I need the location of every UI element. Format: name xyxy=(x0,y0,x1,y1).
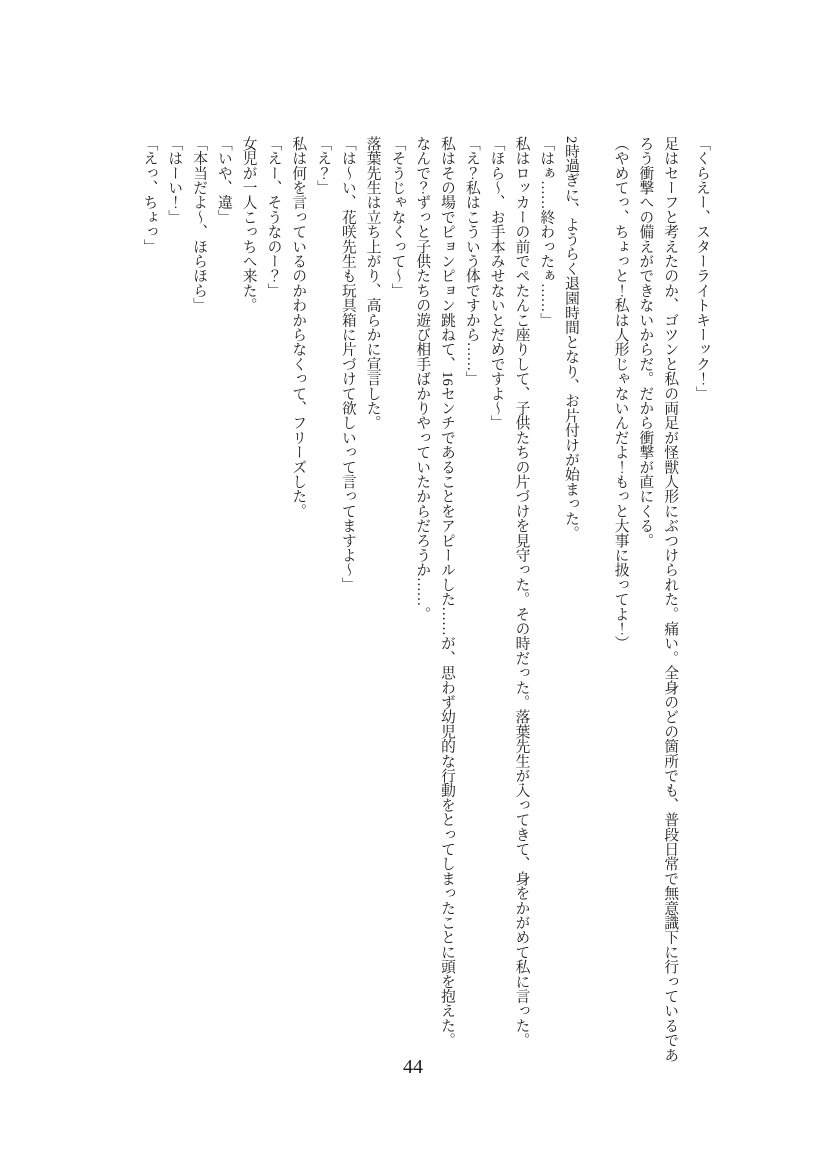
dialogue-line: 「は〜い、花咲先生も玩具箱に片づけて欲しいって言ってますよ〜」 xyxy=(335,136,360,1066)
dialogue-line: 「そうじゃなくって〜」 xyxy=(385,136,410,1066)
dialogue-line: 「ほら〜、お手本みせないとだめですよ〜」 xyxy=(484,136,509,1066)
dialogue-line: 「え？」 xyxy=(310,136,335,1066)
narration-line: 私はロッカーの前でぺたんこ座りして、子供たちの片づけを見守った。その時だった。落… xyxy=(509,136,534,1066)
narration-line: 女児が一人こっちへ来た。 xyxy=(236,136,261,1066)
narration-line: 2時過ぎに、ようらく退園時間となり、お片付けが始まった。 xyxy=(558,136,583,1066)
novel-page: 「くらえー、スターライトキーック！」 足はセーフと考えたのか、ゴツンと私の両足が… xyxy=(0,0,826,1169)
dialogue-line: 「えっ、ちょっ」 xyxy=(137,136,162,1066)
narration-line: 私はその場でピョンピョン跳ねて、16センチであることをアピールした……が、思わず… xyxy=(434,136,459,1066)
narration-line: 落葉先生は立ち上がり、高らかに宣言した。 xyxy=(360,136,385,1066)
dialogue-line: 「いや、違」 xyxy=(211,136,236,1066)
dialogue-line: 「えー、そうなのー？」 xyxy=(261,136,286,1066)
dialogue-line: 「え？私はこういう体ですから……」 xyxy=(459,136,484,1066)
narration-line: 私は何を言っているのかわからなくって、フリーズした。 xyxy=(285,136,310,1066)
dialogue-line: 「はぁ……終わったぁ……」 xyxy=(533,136,558,1066)
narration-line: なんで？ずっと子供たちの遊び相手ばかりやっていたからだろうか……。 xyxy=(409,136,434,1066)
dialogue-line: 「くらえー、スターライトキーック！」 xyxy=(689,136,714,1066)
narration-line: 足はセーフと考えたのか、ゴツンと私の両足が怪獣人形にぶつけられた。痛い。全身のど… xyxy=(633,136,683,1066)
inner-monologue-line: （やめてっ、ちょっと！私は人形じゃないんだよ！もっと大事に扱ってよ！） xyxy=(608,136,633,1066)
dialogue-line: 「本当だよ〜、ほらほら」 xyxy=(186,136,211,1066)
vertical-text-block: 「くらえー、スターライトキーック！」 足はセーフと考えたのか、ゴツンと私の両足が… xyxy=(137,136,714,1066)
dialogue-line: 「はーい！」 xyxy=(161,136,186,1066)
page-number: 44 xyxy=(0,1056,826,1079)
